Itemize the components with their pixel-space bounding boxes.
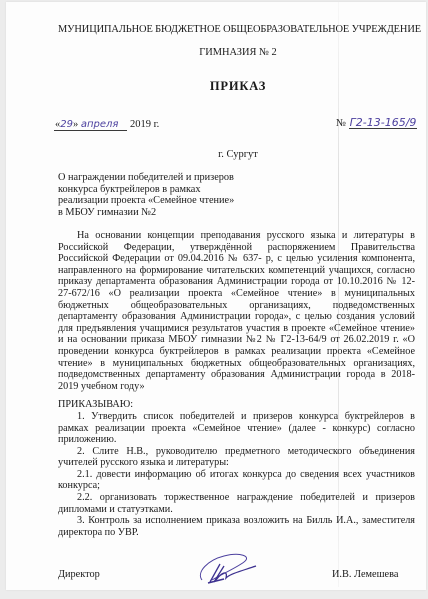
order-item-2-2: 2.2. организовать торжественное награжде… — [58, 492, 415, 515]
order-number: № Г2-13-165/9 — [336, 118, 417, 129]
subject-line: О награждении победителей и призеров — [58, 172, 258, 184]
subject-line: реализации проекта «Семейное чтение» — [58, 195, 258, 207]
date-day: 29 — [60, 119, 73, 130]
number-label: № — [336, 118, 346, 129]
order-item-3: 3. Контроль за исполнением приказа возло… — [58, 515, 415, 538]
order-heading: ПРИКАЗЫВАЮ: — [58, 399, 415, 411]
school-name: ГИМНАЗИЯ № 2 — [58, 47, 418, 58]
document-page: МУНИЦИПАЛЬНОЕ БЮДЖЕТНОЕ ОБЩЕОБРАЗОВАТЕЛЬ… — [6, 2, 426, 590]
order-date: «29» апреля 2019 г. — [54, 119, 159, 131]
order-subject: О награждении победителей и призеров кон… — [58, 172, 258, 218]
signatory-name: И.В. Лемешева — [332, 569, 398, 580]
document-title: ПРИКАЗ — [58, 79, 418, 94]
handwritten-signature-icon — [194, 552, 264, 586]
organization-name: МУНИЦИПАЛЬНОЕ БЮДЖЕТНОЕ ОБЩЕОБРАЗОВАТЕЛЬ… — [58, 24, 418, 35]
order-body: На основании концепции преподавания русс… — [58, 230, 415, 538]
subject-line: конкурса буктрейлеров в рамках — [58, 184, 258, 196]
date-close-quote: » — [73, 119, 78, 130]
order-item-1: 1. Утвердить список победителей и призер… — [58, 411, 415, 446]
order-item-2: 2. Слите Н.В., руководителю предметного … — [58, 446, 415, 469]
order-item-2-1: 2.1. довести информацию об итогах конкур… — [58, 469, 415, 492]
signatory-position: Директор — [58, 569, 100, 580]
date-year: 2019 г. — [130, 119, 159, 130]
preamble-paragraph: На основании концепции преподавания русс… — [58, 230, 415, 392]
date-month: апреля — [81, 119, 119, 130]
subject-line: в МБОУ гимназии №2 — [58, 207, 258, 219]
city: г. Сургут — [58, 149, 418, 160]
number-value: Г2-13-165/9 — [349, 118, 418, 129]
